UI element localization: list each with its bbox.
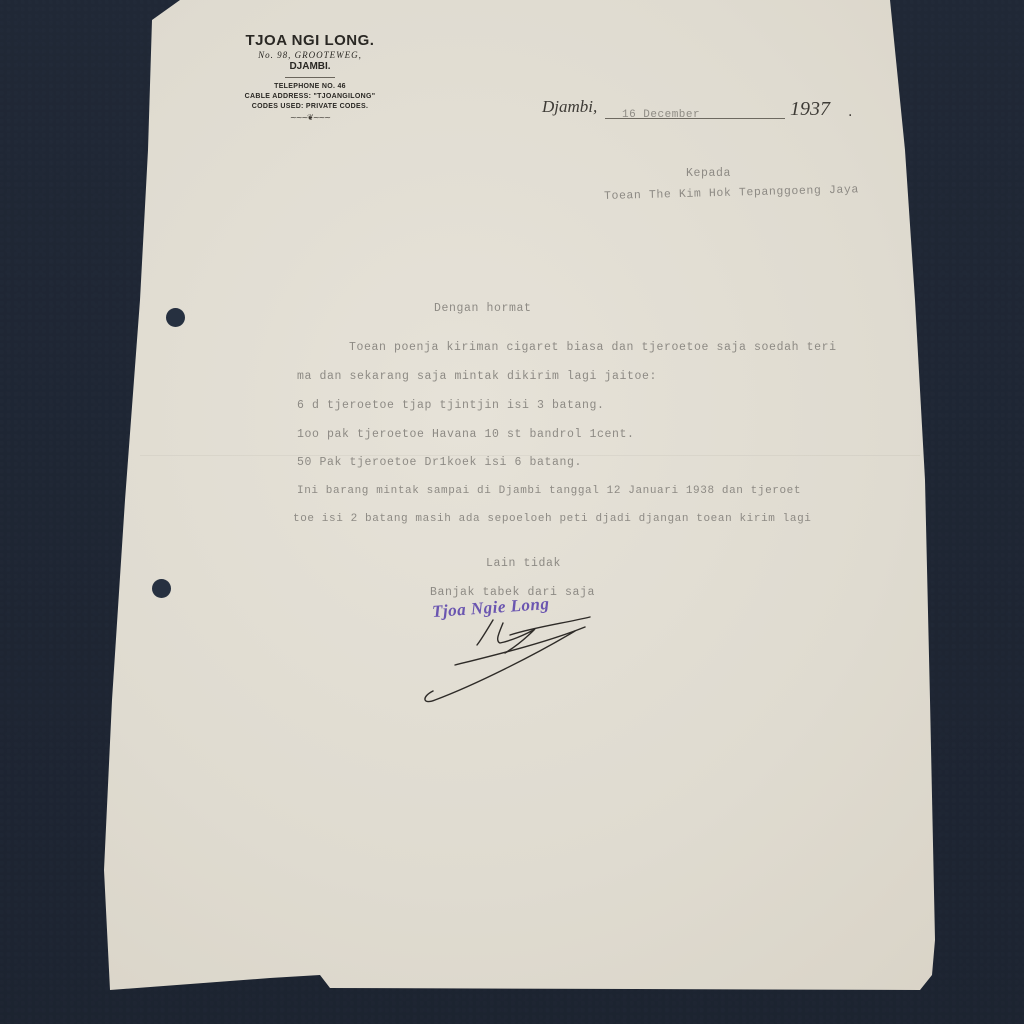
recipient-label: Kepada [686,167,731,180]
salutation: Dengan hormat [434,302,532,315]
body-line: 6 d tjeroetoe tjap tjintjin isi 3 batang… [297,399,605,412]
body-line: toe isi 2 batang masih ada sepoeloeh pet… [293,513,811,525]
body-line: ma dan sekarang saja mintak dikirim lagi… [297,370,657,383]
date-year: 1937 [790,98,830,121]
body-line: Toean poenja kiriman cigaret biasa dan t… [349,341,837,354]
body-line: Ini barang mintak sampai di Djambi tangg… [297,485,801,497]
punch-hole-bottom [152,579,171,598]
handwritten-signature-icon [415,605,615,710]
date-city: Djambi, [542,97,597,117]
punch-hole-top [166,308,185,327]
company-cable-address: CABLE ADDRESS: "TJOANGILONG" [200,92,420,102]
company-codes: CODES USED: PRIVATE CODES. [200,102,420,112]
company-street: No. 98, GROOTEWEG, [200,50,420,60]
company-telephone: TELEPHONE NO. 46 [200,82,420,92]
letterhead: TJOA NGI LONG. No. 98, GROOTEWEG, DJAMBI… [200,32,420,122]
letterhead-rule [285,77,335,78]
company-city: DJAMBI. [200,61,420,72]
body-line: 1oo pak tjeroetoe Havana 10 st bandrol 1… [297,428,635,441]
body-line: 50 Pak tjeroetoe Dr1koek isi 6 batang. [297,456,582,469]
letter-paper [0,0,1024,1024]
company-name: TJOA NGI LONG. [200,32,420,49]
ornament-icon: ~~~❦~~~ [200,113,420,122]
date-day-month: 16 December [622,109,700,121]
closing-line: Lain tidak [486,557,561,570]
date-dot: . [848,104,852,120]
